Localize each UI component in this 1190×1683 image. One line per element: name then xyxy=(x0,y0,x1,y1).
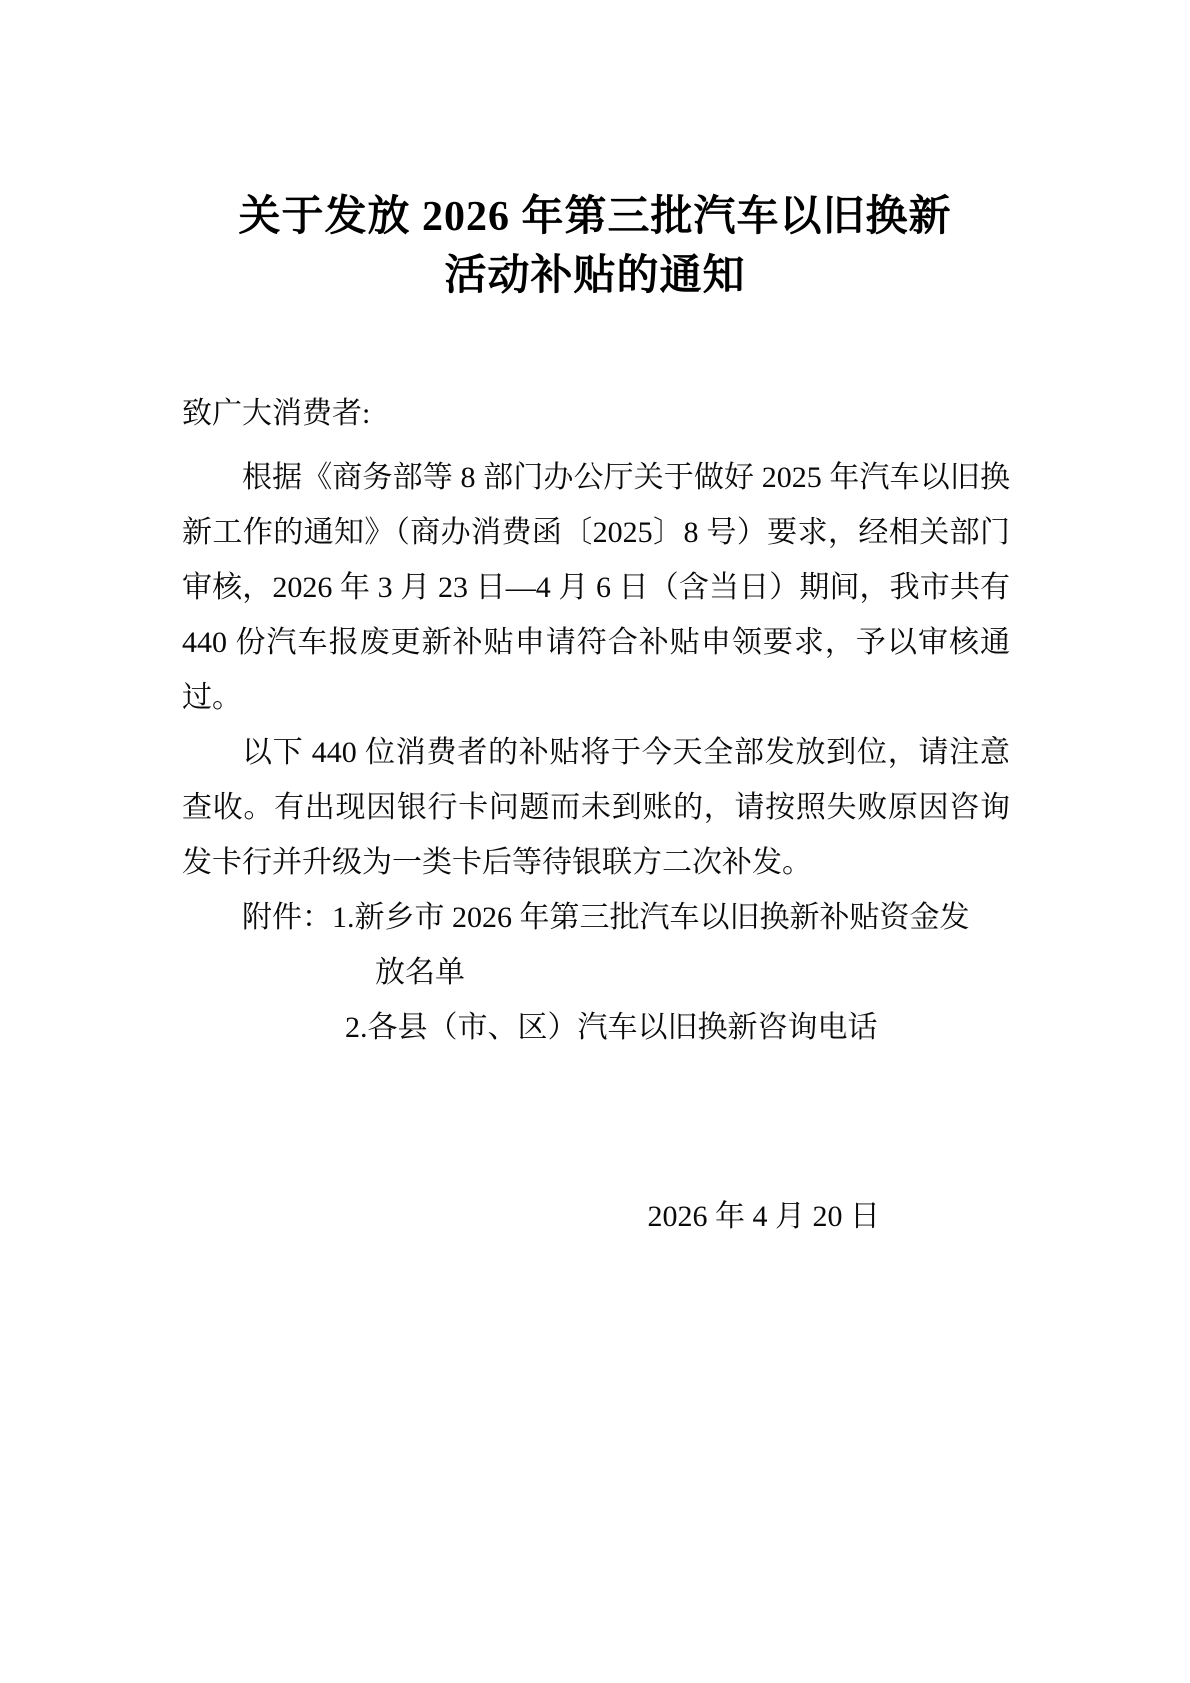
document-body: 致广大消费者: 根据《商务部等 8 部门办公厅关于做好 2025 年汽车以旧换新… xyxy=(182,386,1010,1244)
attachment-item-1-line-1: 附件：1.新乡市 2026 年第三批汽车以旧换新补贴资金发 xyxy=(182,890,1010,945)
document-title-line-1: 关于发放 2026 年第三批汽车以旧换新 xyxy=(0,188,1190,247)
attachment-item-1-text: 1.新乡市 2026 年第三批汽车以旧换新补贴资金发 xyxy=(332,901,970,934)
attachment-item-2: 2.各县（市、区）汽车以旧换新咨询电话 xyxy=(345,1000,1010,1055)
salutation: 致广大消费者: xyxy=(182,386,1010,441)
paragraph-1: 根据《商务部等 8 部门办公厅关于做好 2025 年汽车以旧换新工作的通知》（商… xyxy=(182,450,1010,725)
document-page: 关于发放 2026 年第三批汽车以旧换新 活动补贴的通知 致广大消费者: 根据《… xyxy=(0,0,1190,1683)
document-title: 关于发放 2026 年第三批汽车以旧换新 活动补贴的通知 xyxy=(0,0,1190,306)
attachment-item-1-line-2: 放名单 xyxy=(375,945,1010,1000)
document-title-line-2: 活动补贴的通知 xyxy=(0,247,1190,306)
attachments-label: 附件： xyxy=(242,901,332,934)
document-date: 2026 年 4 月 20 日 xyxy=(182,1189,1010,1244)
attachments-section: 附件：1.新乡市 2026 年第三批汽车以旧换新补贴资金发 放名单 2.各县（市… xyxy=(182,890,1010,1055)
paragraph-2: 以下 440 位消费者的补贴将于今天全部发放到位，请注意查收。有出现因银行卡问题… xyxy=(182,725,1010,890)
